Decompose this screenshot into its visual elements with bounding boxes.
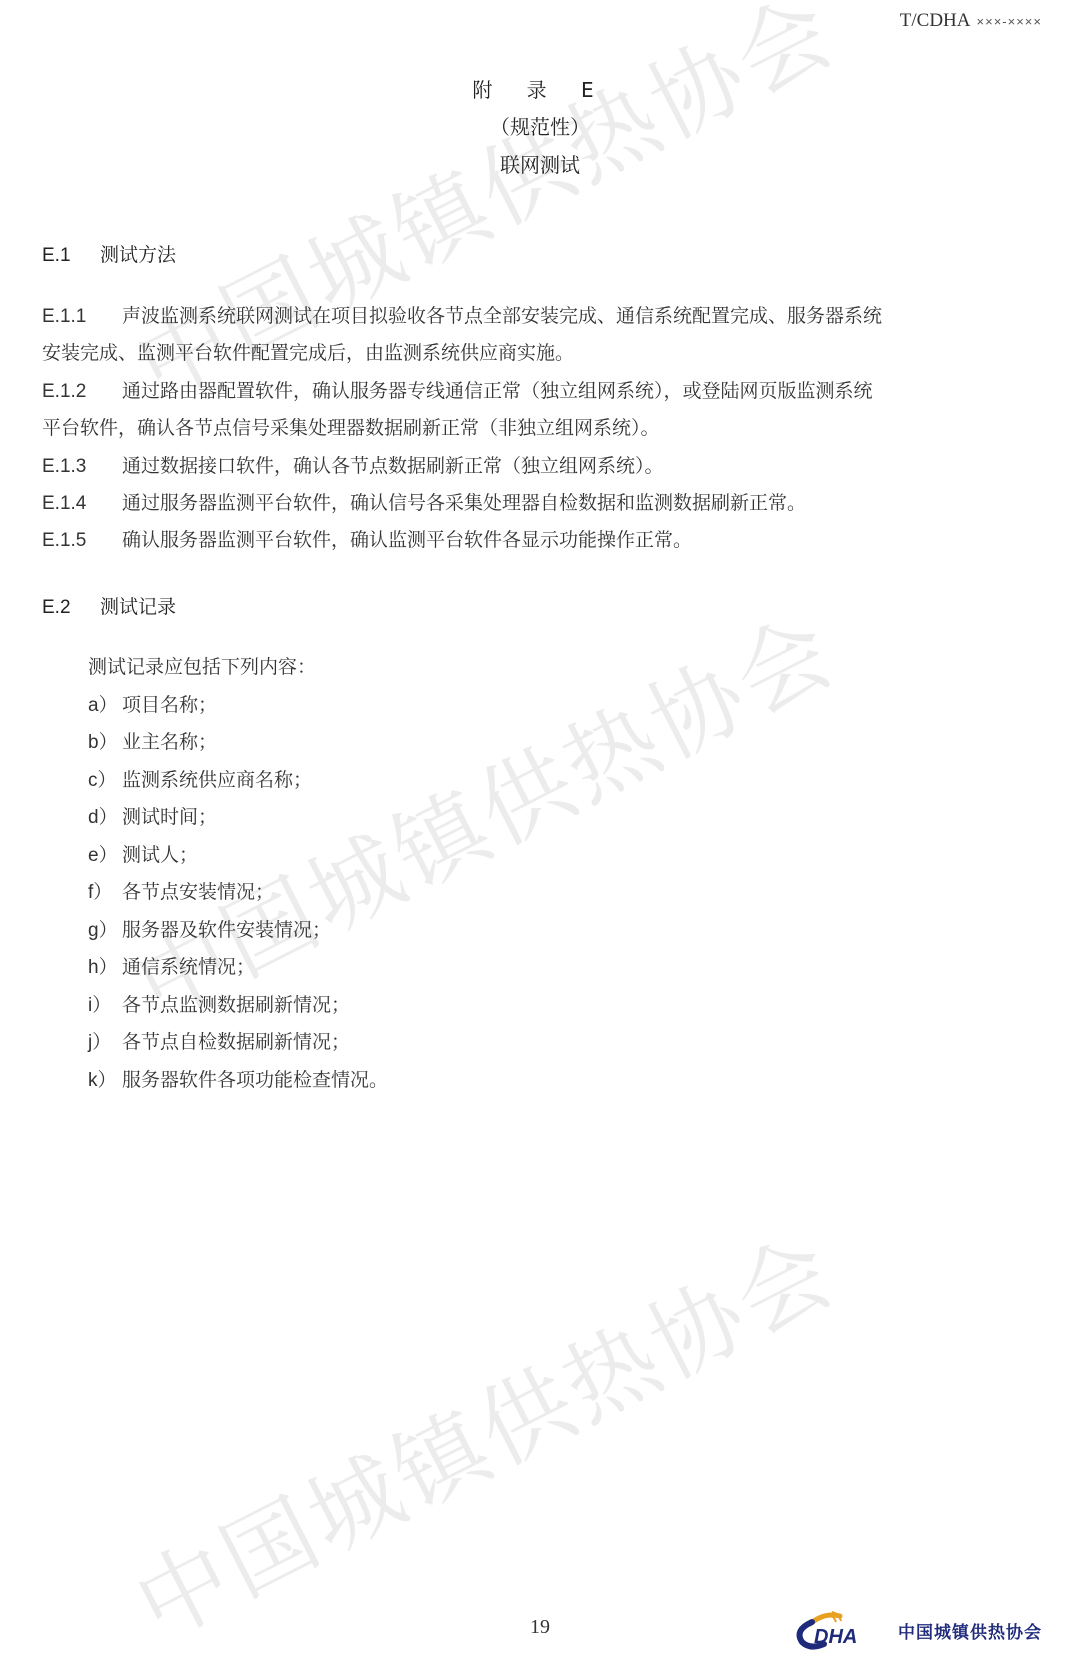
list-item: e）测试人； bbox=[88, 837, 388, 875]
list-item: a）项目名称； bbox=[88, 687, 388, 725]
clause-e1-1: E.1.1声波监测系统联网测试在项目拟验收各节点全部安装完成、通信系统配置完成、… bbox=[42, 298, 1042, 372]
doc-prefix: T/CDHA bbox=[900, 10, 971, 31]
doc-number: ×××-×××× bbox=[977, 14, 1042, 29]
list-item: g）服务器及软件安装情况； bbox=[88, 912, 388, 950]
list-item: j）各节点自检数据刷新情况； bbox=[88, 1024, 388, 1062]
list-item: c）监测系统供应商名称； bbox=[88, 762, 388, 800]
appendix-title: 附 录 E bbox=[0, 74, 1080, 103]
record-list: 测试记录应包括下列内容： a）项目名称； b）业主名称； c）监测系统供应商名称… bbox=[88, 649, 388, 1099]
record-intro: 测试记录应包括下列内容： bbox=[88, 649, 388, 687]
clause-e1-5: E.1.5确认服务器监测平台软件，确认监测平台软件各显示功能操作正常。 bbox=[42, 522, 1042, 559]
section-heading-e1: E.1测试方法 bbox=[42, 240, 176, 267]
list-item: b）业主名称； bbox=[88, 724, 388, 762]
list-item: k）服务器软件各项功能检查情况。 bbox=[88, 1062, 388, 1100]
clause-e1-2: E.1.2通过路由器配置软件，确认服务器专线通信正常（独立组网系统），或登陆网页… bbox=[42, 373, 1042, 447]
cdha-logo-icon: DHA bbox=[788, 1610, 888, 1650]
section-heading-e2: E.2测试记录 bbox=[42, 592, 176, 619]
appendix-nature: （规范性） bbox=[0, 111, 1080, 140]
list-item: i）各节点监测数据刷新情况； bbox=[88, 987, 388, 1025]
logo-org-name: 中国城镇供热协会 bbox=[898, 1618, 1042, 1643]
document-code: T/CDHA×××-×××× bbox=[900, 10, 1042, 32]
cdha-logo: DHA 中国城镇供热协会 bbox=[788, 1610, 1042, 1650]
clause-e1-4: E.1.4通过服务器监测平台软件，确认信号各采集处理器自检数据和监测数据刷新正常… bbox=[42, 485, 1042, 522]
watermark-3: 中国城镇供热协会 bbox=[110, 1199, 854, 1664]
list-item: d）测试时间； bbox=[88, 799, 388, 837]
list-item: f）各节点安装情况； bbox=[88, 874, 388, 912]
clause-e1-3: E.1.3通过数据接口软件，确认各节点数据刷新正常（独立组网系统）。 bbox=[42, 448, 1042, 485]
appendix-name: 联网测试 bbox=[0, 149, 1080, 178]
svg-text:DHA: DHA bbox=[814, 1626, 857, 1648]
list-item: h）通信系统情况； bbox=[88, 949, 388, 987]
